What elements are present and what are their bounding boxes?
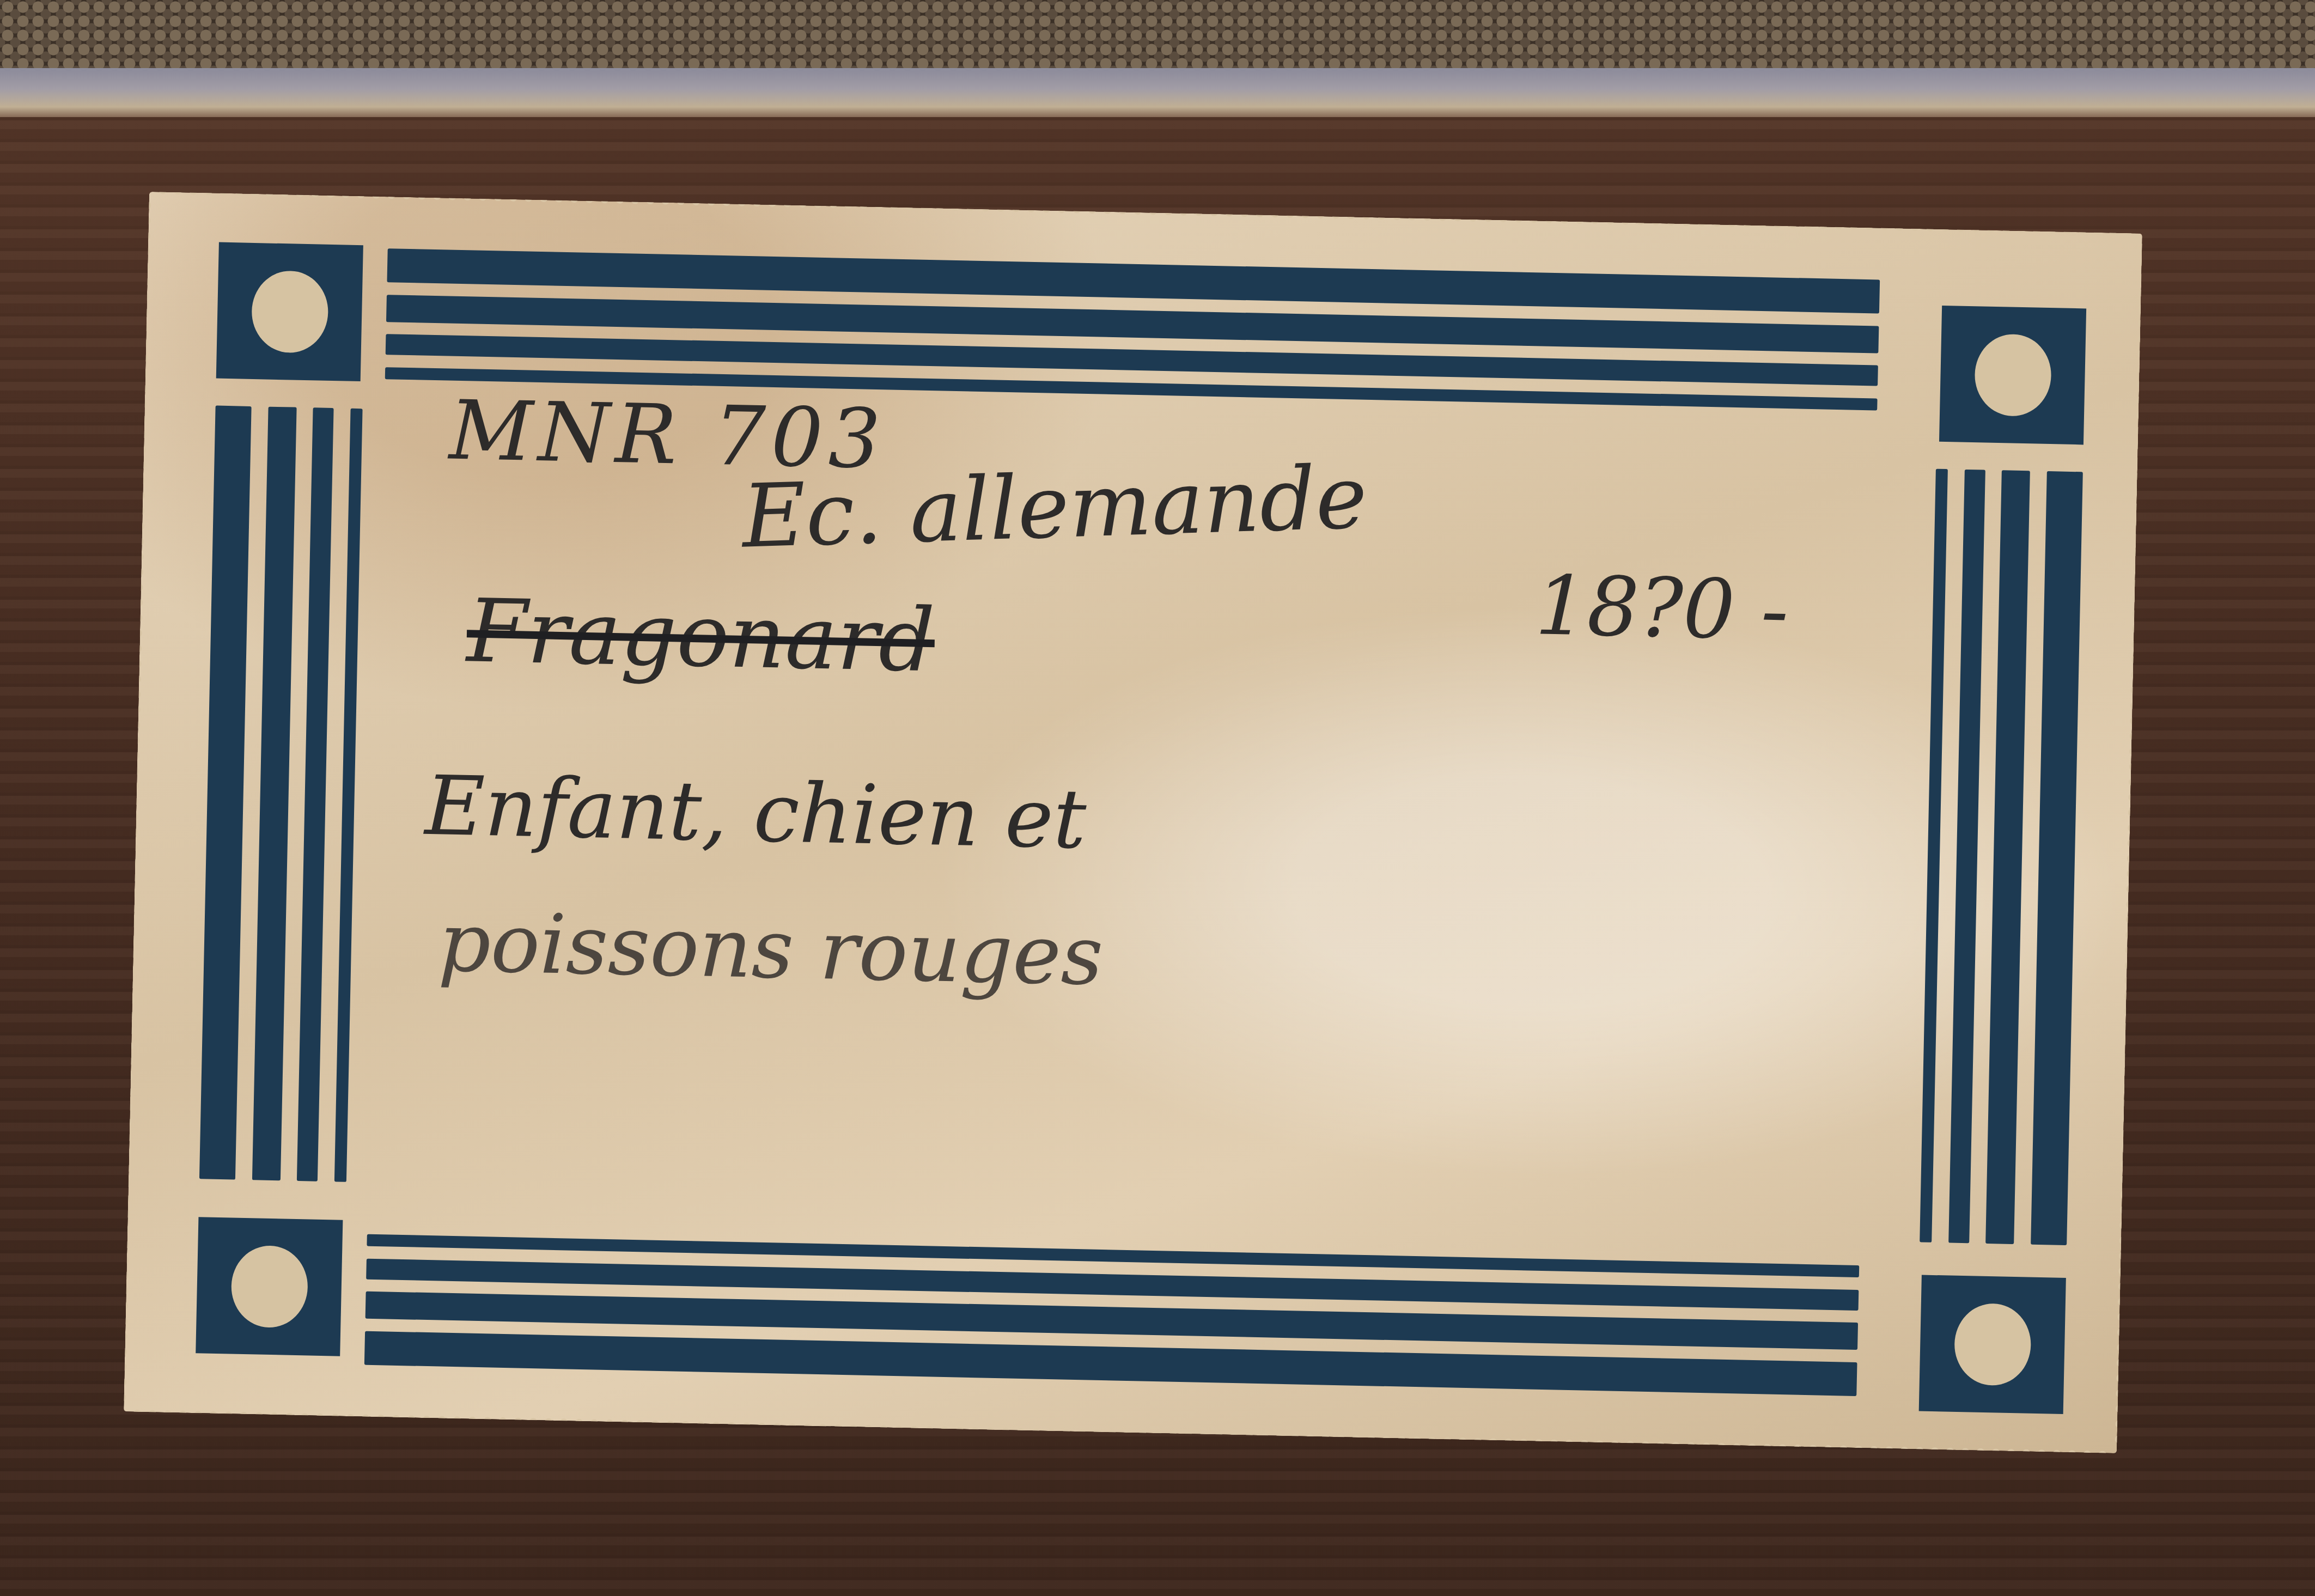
circle-icon bbox=[230, 1245, 308, 1329]
canvas-weave-background bbox=[0, 0, 2315, 71]
school-attribution: Ec. allemande bbox=[740, 446, 1368, 568]
title-line-2: poissons rouges bbox=[437, 895, 1104, 1004]
right-border-stripes bbox=[1920, 469, 2083, 1245]
struck-attribution: Fragonard bbox=[466, 580, 936, 691]
title-line-1: Enfant, chien et bbox=[424, 759, 1087, 867]
corner-ornament-top-left bbox=[216, 242, 363, 381]
corner-ornament-bottom-left bbox=[196, 1217, 343, 1356]
bottom-border-stripes bbox=[364, 1234, 1859, 1396]
circle-icon bbox=[1953, 1303, 2031, 1386]
left-border-stripes bbox=[199, 406, 363, 1182]
corner-ornament-bottom-right bbox=[1919, 1275, 2066, 1414]
circle-icon bbox=[1974, 333, 2052, 417]
date: 18?0 - bbox=[1534, 558, 1790, 659]
glass-edge bbox=[0, 68, 2315, 120]
paper-label: MNR 703 Ec. allemande 18?0 - Fragonard E… bbox=[124, 192, 2142, 1453]
circle-icon bbox=[251, 270, 328, 354]
corner-ornament-top-right bbox=[1939, 306, 2086, 444]
